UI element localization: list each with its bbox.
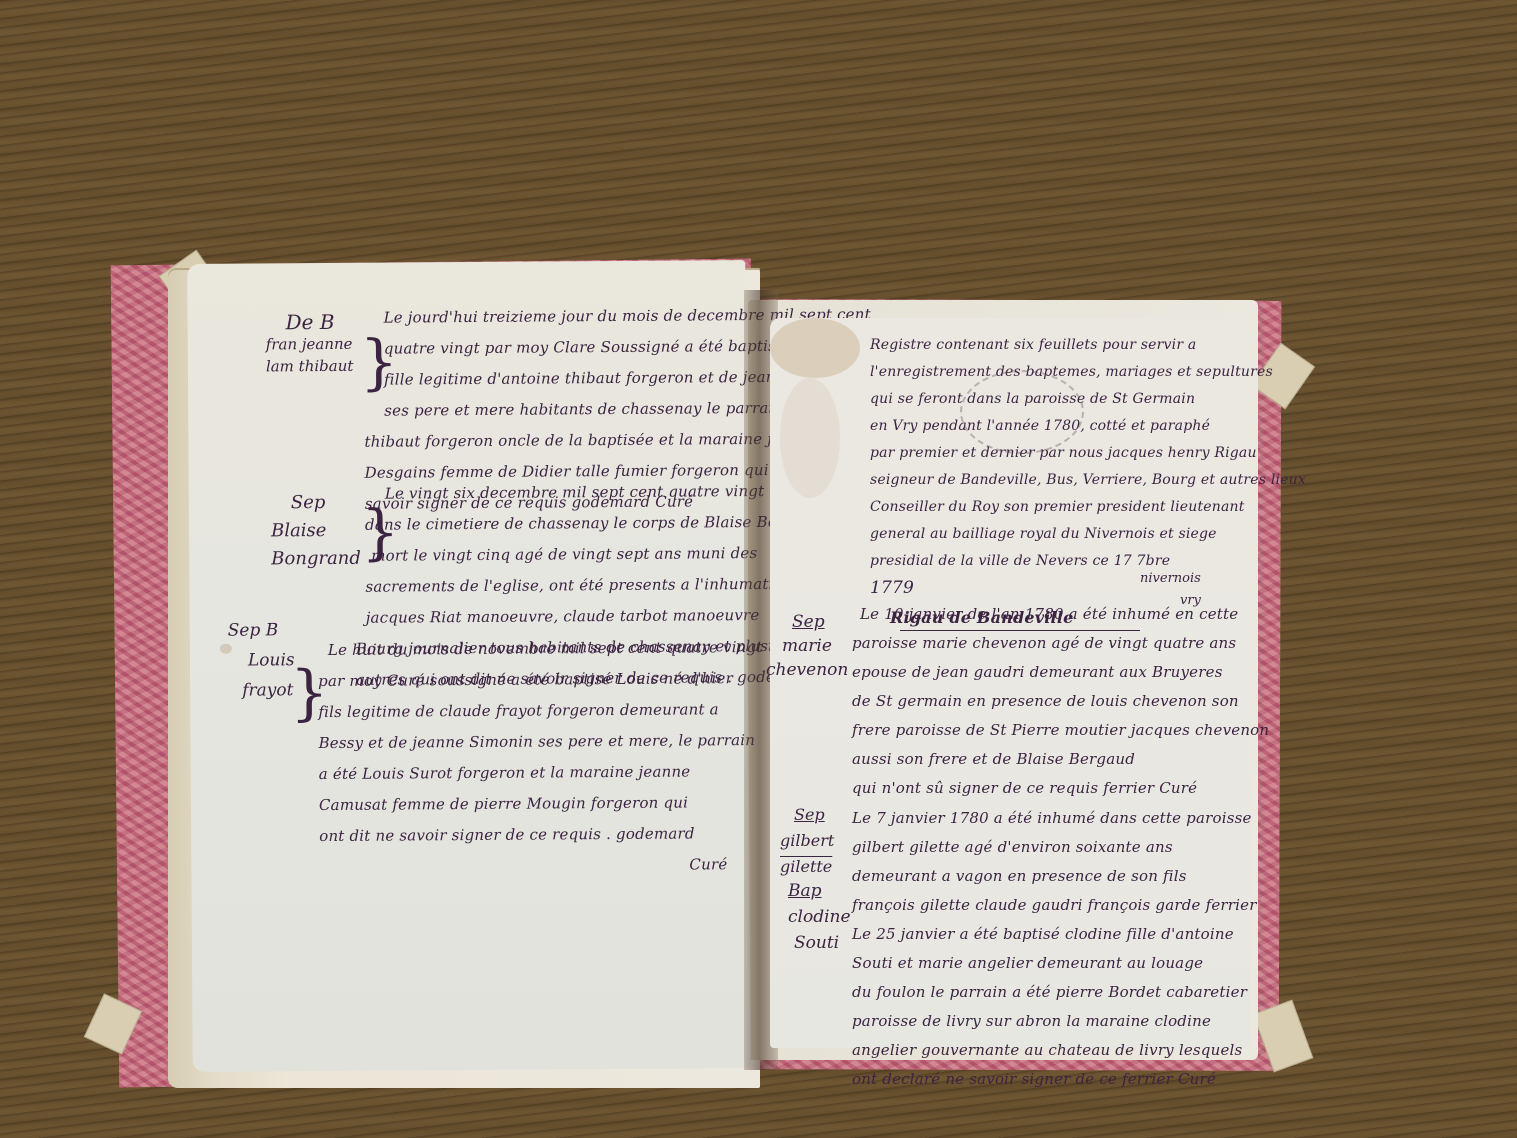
margin-line: clodine <box>788 904 851 930</box>
official-seal-stamp <box>960 370 1084 454</box>
header-line: seigneur de Bandeville, Bus, Verriere, B… <box>870 467 1306 494</box>
entry-line: frere paroisse de St Pierre moutier jacq… <box>852 716 1269 745</box>
entry-line: epouse de jean gaudri demeurant aux Bruy… <box>852 658 1269 687</box>
entry-line: fils legitime de claude frayot forgeron … <box>318 694 763 728</box>
margin-line: fran jeanne <box>266 333 354 356</box>
register-entry: Le 25 janvier a été baptisé clodine fill… <box>852 920 1247 1094</box>
margin-note: Sep gilbert gilette <box>780 802 834 880</box>
register-entry: Le 10 janvier de l'an 1780 a été inhumé … <box>852 600 1269 803</box>
register-header: Registre contenant six feuillets pour se… <box>870 332 1306 602</box>
entry-line: Le huit du mois de novembre mil sept cen… <box>328 632 763 666</box>
stain <box>770 318 860 378</box>
entry-line: Le 7 janvier 1780 a été inhumé dans cett… <box>852 804 1257 833</box>
margin-line: Bongrand <box>271 545 361 574</box>
header-line: en Vry pendant l'année 1780, cotté et pa… <box>870 413 1306 440</box>
margin-note: Sep marie chevenon <box>778 610 848 682</box>
entry-line: Bessy et de jeanne Simonin ses pere et m… <box>318 725 763 759</box>
margin-note: Sep Blaise Bongrand <box>271 489 361 574</box>
margin-line: Louis <box>248 645 295 675</box>
margin-line: Sep <box>794 802 834 828</box>
entry-line: a été Louis Surot forgeron et la maraine… <box>319 756 764 790</box>
side-note-line: nivernois <box>1140 568 1201 590</box>
entry-line: du foulon le parrain a été pierre Bordet… <box>852 978 1247 1007</box>
header-line: Registre contenant six feuillets pour se… <box>870 332 1306 359</box>
entry-line: Le 10 janvier de l'an 1780 a été inhumé … <box>860 600 1269 629</box>
margin-line: gilbert <box>780 828 834 854</box>
margin-note: De B fran jeanne lam thibaut <box>266 311 354 378</box>
entry-line: gilbert gilette agé d'environ soixante a… <box>852 833 1257 862</box>
margin-line: De B <box>286 311 354 333</box>
register-entry: Le 7 janvier 1780 a été inhumé dans cett… <box>852 804 1257 920</box>
margin-line: Sep <box>291 489 361 517</box>
header-line: Conseiller du Roy son premier president … <box>870 494 1306 521</box>
margin-line: chevenon <box>766 658 848 682</box>
stain <box>780 378 840 498</box>
entry-line: ont declaré ne savoir signer de ce ferri… <box>852 1065 1247 1094</box>
header-line: presidial de la ville de Nevers ce 17 7b… <box>870 548 1306 575</box>
entry-line: Le 25 janvier a été baptisé clodine fill… <box>852 920 1247 949</box>
left-page: De B fran jeanne lam thibaut } Le jourd'… <box>187 260 751 1072</box>
entry-line: angelier gouvernante au chateau de livry… <box>852 1036 1247 1065</box>
register-entry: Le huit du mois de novembre mil sept cen… <box>318 632 764 883</box>
margin-line: frayot <box>242 675 295 705</box>
header-line: l'enregistrement des baptemes, mariages … <box>870 359 1306 386</box>
entry-line: paroisse marie chevenon agé de vingt qua… <box>852 629 1269 658</box>
margin-line: Blaise <box>271 517 361 546</box>
margin-line: Sep <box>792 610 848 634</box>
entry-line: par moy Curé soussigné a été baptisé Lou… <box>318 663 763 697</box>
margin-note: Bap clodine Souti <box>788 878 851 956</box>
margin-line: marie <box>782 634 848 658</box>
margin-line: Souti <box>794 930 851 956</box>
entry-line: paroisse de livry sur abron la maraine c… <box>852 1007 1247 1036</box>
entry-line: ont dit ne savoir signer de ce requis . … <box>319 818 764 852</box>
entry-line: demeurant a vagon en presence de son fil… <box>852 862 1257 891</box>
margin-line: Bap <box>788 878 851 904</box>
header-line: general au bailliage royal du Nivernois … <box>870 521 1306 548</box>
entry-line: qui n'ont sû signer de ce requis ferrier… <box>852 774 1269 803</box>
margin-line: Sep B <box>228 615 295 645</box>
margin-line: lam thibaut <box>266 355 354 378</box>
entry-line: françois gilette claude gaudri françois … <box>852 891 1257 920</box>
entry-line: Souti et marie angelier demeurant au lou… <box>852 949 1247 978</box>
header-line: qui se feront dans la paroisse de St Ger… <box>870 386 1306 413</box>
header-line: 1779 <box>870 575 1306 602</box>
entry-line: aussi son frere et de Blaise Bergaud <box>852 745 1269 774</box>
entry-line: Camusat femme de pierre Mougin forgeron … <box>319 787 764 821</box>
margin-note: Sep B Louis frayot <box>228 615 295 705</box>
entry-line: de St germain en presence de louis cheve… <box>852 687 1269 716</box>
header-line: par premier et dernier par nous jacques … <box>870 440 1306 467</box>
margin-line: gilette <box>780 854 834 880</box>
